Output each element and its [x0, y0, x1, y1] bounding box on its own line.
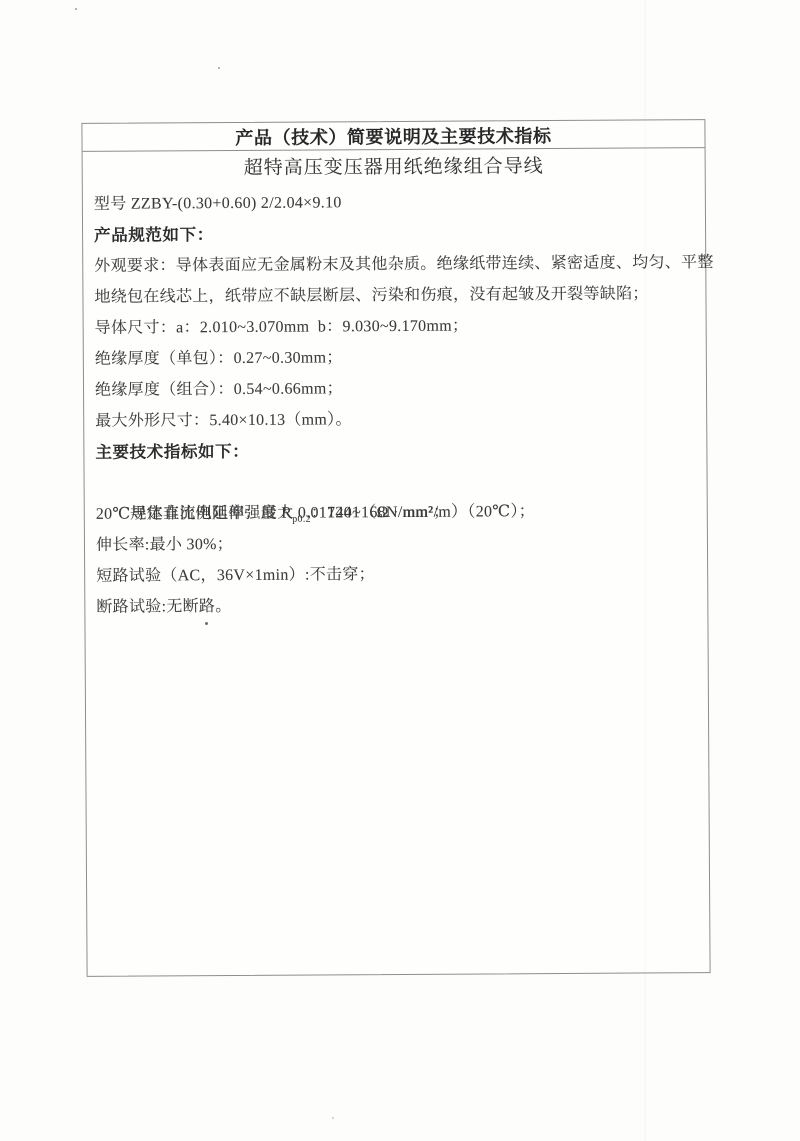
spec-appearance-line-2: 地绕包在线芯上，纸带应不缺层断层、污染和伤痕，没有起皱及开裂等缺陷； [94, 278, 694, 313]
scanned-page: 产品（技术）简要说明及主要技术指标 超特高压变压器用纸绝缘组合导线 型号 ZZB… [0, 0, 800, 1141]
table-header-row: 产品（技术）简要说明及主要技术指标 [82, 120, 704, 152]
spec-section-heading: 产品规范如下： [94, 216, 694, 251]
indicator-short-circuit-line: 短路试验（AC，36V×1min）:不击穿； [96, 557, 696, 592]
document-body: 型号 ZZBY-(0.30+0.60) 2/2.04×9.10 产品规范如下： … [83, 183, 708, 623]
spec-max-outline-line: 最大外形尺寸：5.40×10.13（mm）。 [95, 402, 695, 437]
model-number-line: 型号 ZZBY-(0.30+0.60) 2/2.04×9.10 [94, 185, 694, 220]
indicator-resistivity-line: 20℃导体直流电阻率：最大 0.017241（Ω · mm²/m）（20℃）； [96, 495, 696, 530]
scan-speck [332, 1117, 334, 1119]
spec-insulation-single-line: 绝缘厚度（单包）：0.27~0.30mm； [95, 340, 695, 375]
scan-speck [218, 67, 220, 69]
spec-appearance-line-1: 外观要求：导体表面应无金属粉末及其他杂质。绝缘纸带连续、紧密适度、均匀、平整 [94, 247, 694, 282]
spec-table-frame: 产品（技术）简要说明及主要技术指标 超特高压变压器用纸绝缘组合导线 型号 ZZB… [81, 119, 710, 977]
spec-conductor-size-line: 导体尺寸：a：2.010~3.070mm b：9.030~9.170mm； [95, 309, 695, 344]
spec-insulation-combined-line: 绝缘厚度（组合）：0.54~0.66mm； [95, 371, 695, 406]
scan-speck [75, 8, 77, 10]
product-name-subtitle: 超特高压变压器用纸绝缘组合导线 [83, 148, 705, 187]
indicator-elongation-line: 伸长率:最小 30%； [96, 526, 696, 561]
scan-speck [258, 516, 260, 518]
indicator-section-heading: 主要技术指标如下： [95, 433, 695, 468]
scan-speck [205, 622, 208, 625]
document-title: 产品（技术）简要说明及主要技术指标 [235, 122, 551, 150]
indicator-tensile-line: 规定非比例延伸强度 Rp0.2：140~168N/mm²； [96, 464, 696, 499]
indicator-open-circuit-line: 断路试验:无断路。 [96, 588, 696, 623]
